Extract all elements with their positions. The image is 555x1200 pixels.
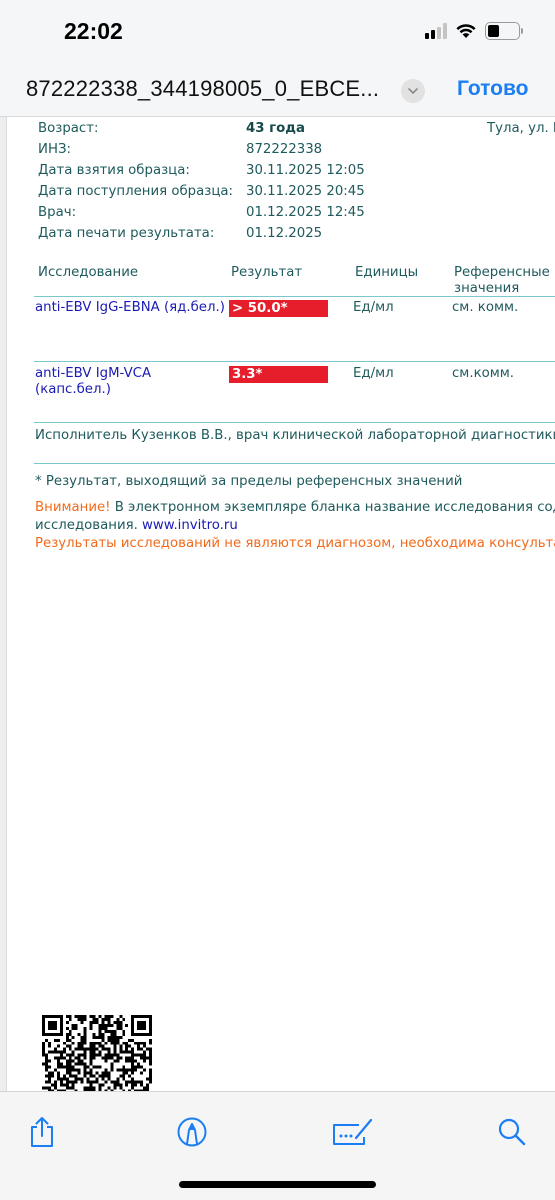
- performer-text: Исполнитель Кузенков В.В., врач клиничес…: [35, 428, 555, 443]
- signature-icon[interactable]: [330, 1112, 376, 1152]
- top-bar: 22:02 872222338_344198005_0_EBCE... Гото…: [0, 0, 555, 117]
- test-name: anti-EBV IgM-VCA (капс.бел.): [35, 366, 151, 398]
- result-units: Ед/мл: [353, 366, 394, 381]
- info-label-doctor: Врач:: [38, 205, 76, 220]
- info-value-age: 43 года: [246, 121, 305, 136]
- battery-icon: [485, 22, 520, 40]
- result-units: Ед/мл: [353, 300, 394, 315]
- result-value-flagged: > 50.0*: [229, 300, 328, 317]
- status-time: 22:02: [64, 18, 123, 45]
- cellular-signal-icon: [425, 23, 447, 39]
- pdf-document[interactable]: Тула, ул. Н Возраст: 43 года ИНЗ: 872222…: [0, 117, 555, 1091]
- home-indicator: [179, 1181, 376, 1188]
- divider: [34, 422, 555, 423]
- disclaimer: Результаты исследований не являются диаг…: [35, 536, 555, 551]
- website-link[interactable]: www.invitro.ru: [142, 518, 238, 533]
- info-label-inz: ИНЗ:: [38, 142, 71, 157]
- divider: [34, 463, 555, 464]
- done-button[interactable]: Готово: [457, 77, 528, 101]
- test-name: anti-EBV IgG-EBNA (яд.бел.): [35, 300, 225, 316]
- attention-label: Внимание!: [35, 500, 110, 515]
- wifi-icon: [455, 23, 477, 39]
- asterisk-note: * Результат, выходящий за пределы рефере…: [35, 474, 462, 489]
- test-name-line1: anti-EBV IgM-VCA: [35, 366, 151, 382]
- document-title[interactable]: 872222338_344198005_0_EBCE...: [26, 76, 379, 102]
- test-name-line2: (капс.бел.): [35, 382, 151, 398]
- result-value-flagged: 3.3*: [229, 366, 328, 383]
- page-edge: [0, 117, 7, 1091]
- reference-value: см.комм.: [452, 366, 514, 381]
- header-reference-line2: значения: [454, 281, 550, 297]
- info-value-doctor: 01.12.2025 12:45: [246, 205, 365, 220]
- status-icons: [425, 22, 520, 40]
- header-units: Единицы: [355, 265, 418, 281]
- header-test: Исследование: [38, 265, 138, 281]
- divider: [34, 296, 555, 297]
- info-value-print-date: 01.12.2025: [246, 226, 322, 241]
- info-label-sample-received: Дата поступления образца:: [38, 184, 233, 199]
- info-label-sample-taken: Дата взятия образца:: [38, 163, 190, 178]
- info-label-print-date: Дата печати результата:: [38, 226, 214, 241]
- search-icon[interactable]: [492, 1112, 532, 1152]
- info-value-sample-received: 30.11.2025 20:45: [246, 184, 365, 199]
- chevron-down-icon[interactable]: [401, 79, 425, 103]
- header-reference-line1: Референсные: [454, 265, 550, 281]
- reference-value: см. комм.: [452, 300, 518, 315]
- attention-note-line2: исследования. www.invitro.ru: [35, 518, 238, 533]
- header-result: Результат: [231, 265, 302, 281]
- attention-note: Внимание! В электронном экземпляре бланк…: [35, 500, 555, 515]
- info-value-inz: 872222338: [246, 142, 322, 157]
- header-reference: Референсные значения: [454, 265, 550, 297]
- attention-text: В электронном экземпляре бланка название…: [110, 500, 555, 515]
- info-value-sample-taken: 30.11.2025 12:05: [246, 163, 365, 178]
- info-label-age: Возраст:: [38, 121, 98, 136]
- qr-code: [42, 1015, 152, 1091]
- address-partial: Тула, ул. Н: [487, 121, 555, 136]
- divider: [34, 361, 555, 362]
- attention-text-line2: исследования.: [35, 518, 142, 533]
- markup-pen-icon[interactable]: [172, 1112, 212, 1152]
- share-icon[interactable]: [22, 1112, 62, 1152]
